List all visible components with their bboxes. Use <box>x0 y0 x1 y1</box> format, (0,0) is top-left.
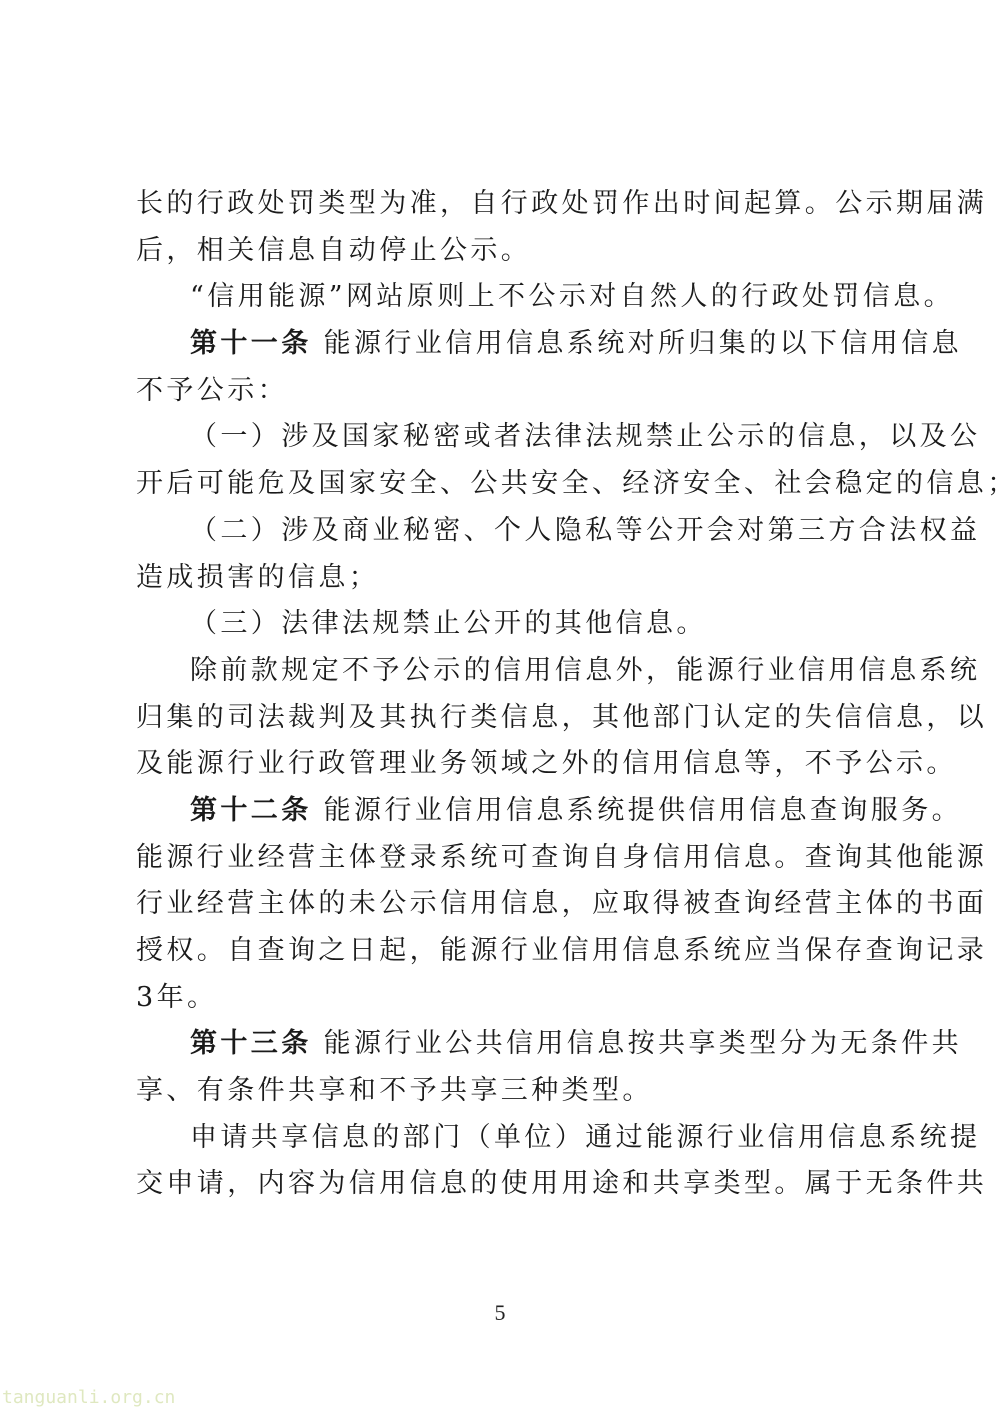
paragraph-start-line: “信用能源”网站原则上不公示对自然人的行政处罚信息。 <box>136 274 880 321</box>
line-text: 后，相关信息自动停止公示。 <box>136 235 531 266</box>
document-page: 长的行政处罚类型为准，自行政处罚作出时间起算。公示期届满 后，相关信息自动停止公… <box>0 0 1000 1414</box>
page-number: 5 <box>0 1300 1000 1326</box>
article-13-line: 第十三条 能源行业公共信用信息按共享类型分为无条件共 <box>136 1021 880 1068</box>
line-text: （三）法律法规禁止公开的其他信息。 <box>190 608 707 639</box>
watermark: tanguanli.org.cn <box>2 1387 175 1408</box>
text-line: 不予公示： <box>136 368 880 415</box>
article-11-heading: 第十一条 <box>190 328 312 359</box>
line-text: （二）涉及商业秘密、个人隐私等公开会对第三方合法权益 <box>190 515 980 546</box>
line-text: （一）涉及国家秘密或者法律法规禁止公示的信息，以及公 <box>190 421 980 452</box>
line-text: 能源行业信用信息系统对所归集的以下信用信息 <box>312 328 962 359</box>
text-line: 归集的司法裁判及其执行类信息，其他部门认定的失信信息，以 <box>136 695 880 742</box>
line-text: 能源行业经营主体登录系统可查询自身信用信息。查询其他能源 <box>136 842 987 873</box>
text-line: 造成损害的信息； <box>136 555 880 602</box>
list-item-3-line: （三）法律法规禁止公开的其他信息。 <box>136 601 880 648</box>
article-12-heading: 第十二条 <box>190 795 312 826</box>
paragraph-start-line: 除前款规定不予公示的信用信息外，能源行业信用信息系统 <box>136 648 880 695</box>
article-13-heading: 第十三条 <box>190 1028 312 1059</box>
line-text: 能源行业信用信息系统提供信用信息查询服务。 <box>312 795 962 826</box>
line-text: 3年。 <box>136 982 217 1013</box>
line-text: 不予公示： <box>136 375 288 406</box>
line-text: 享、有条件共享和不予共享三种类型。 <box>136 1075 653 1106</box>
line-text: 长的行政处罚类型为准，自行政处罚作出时间起算。公示期届满 <box>136 188 987 219</box>
list-item-2-line: （二）涉及商业秘密、个人隐私等公开会对第三方合法权益 <box>136 508 880 555</box>
text-line: 后，相关信息自动停止公示。 <box>136 228 880 275</box>
line-text: 授权。自查询之日起，能源行业信用信息系统应当保存查询记录 <box>136 935 987 966</box>
article-11-line: 第十一条 能源行业信用信息系统对所归集的以下信用信息 <box>136 321 880 368</box>
paragraph-start-line: 申请共享信息的部门（单位）通过能源行业信用信息系统提 <box>136 1115 880 1162</box>
text-line: 开后可能危及国家安全、公共安全、经济安全、社会稳定的信息； <box>136 461 880 508</box>
text-line: 3年。 <box>136 975 880 1022</box>
line-text: 开后可能危及国家安全、公共安全、经济安全、社会稳定的信息； <box>136 468 1000 499</box>
text-line: 交申请，内容为信用信息的使用用途和共享类型。属于无条件共 <box>136 1161 880 1208</box>
line-text: 申请共享信息的部门（单位）通过能源行业信用信息系统提 <box>190 1122 980 1153</box>
line-text: 能源行业公共信用信息按共享类型分为无条件共 <box>312 1028 962 1059</box>
text-line: 享、有条件共享和不予共享三种类型。 <box>136 1068 880 1115</box>
line-text: 造成损害的信息； <box>136 562 379 593</box>
line-text: 除前款规定不予公示的信用信息外，能源行业信用信息系统 <box>190 655 980 686</box>
document-body: 长的行政处罚类型为准，自行政处罚作出时间起算。公示期届满 后，相关信息自动停止公… <box>136 181 880 1208</box>
text-line: 行业经营主体的未公示信用信息，应取得被查询经营主体的书面 <box>136 881 880 928</box>
text-line: 能源行业经营主体登录系统可查询自身信用信息。查询其他能源 <box>136 835 880 882</box>
list-item-1-line: （一）涉及国家秘密或者法律法规禁止公示的信息，以及公 <box>136 414 880 461</box>
article-12-line: 第十二条 能源行业信用信息系统提供信用信息查询服务。 <box>136 788 880 835</box>
line-text: 归集的司法裁判及其执行类信息，其他部门认定的失信信息，以 <box>136 702 987 733</box>
line-text: 及能源行业行政管理业务领域之外的信用信息等，不予公示。 <box>136 748 957 779</box>
text-line: 及能源行业行政管理业务领域之外的信用信息等，不予公示。 <box>136 741 880 788</box>
line-text: 交申请，内容为信用信息的使用用途和共享类型。属于无条件共 <box>136 1168 987 1199</box>
line-text: “信用能源”网站原则上不公示对自然人的行政处罚信息。 <box>190 281 954 312</box>
text-line: 授权。自查询之日起，能源行业信用信息系统应当保存查询记录 <box>136 928 880 975</box>
text-line: 长的行政处罚类型为准，自行政处罚作出时间起算。公示期届满 <box>136 181 880 228</box>
line-text: 行业经营主体的未公示信用信息，应取得被查询经营主体的书面 <box>136 888 987 919</box>
